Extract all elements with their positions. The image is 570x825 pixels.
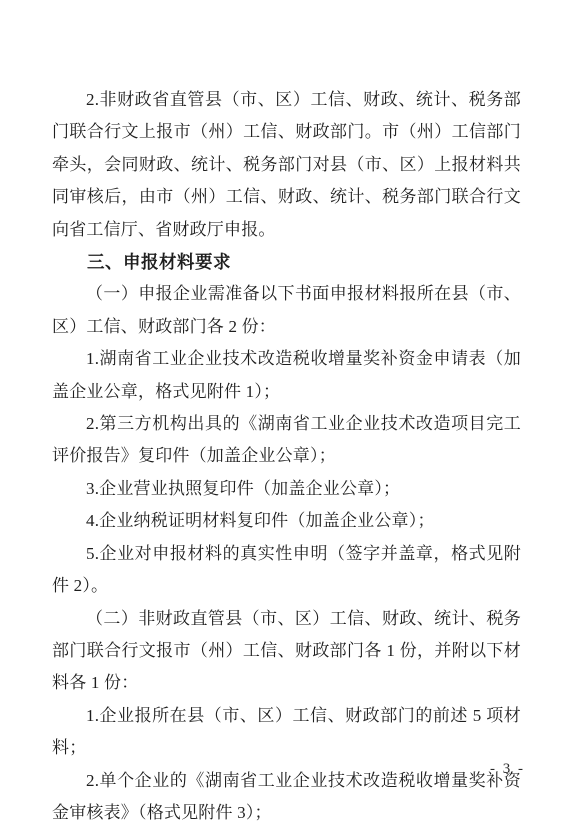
list-item: 2.第三方机构出具的《湖南省工业企业技术改造项目完工评价报告》复印件（加盖企业公… bbox=[52, 408, 521, 473]
paragraph: 2.非财政省直管县（市、区）工信、财政、统计、税务部门联合行文上报市（州）工信、… bbox=[52, 84, 521, 246]
paragraph: （一）申报企业需准备以下书面申报材料报所在县（市、区）工信、财政部门各 2 份： bbox=[52, 278, 521, 343]
paragraph: （二）非财政直管县（市、区）工信、财政、统计、税务部门联合行文报市（州）工信、财… bbox=[52, 603, 521, 700]
section-heading: 三、申报材料要求 bbox=[52, 246, 521, 278]
list-item: 2.单个企业的《湖南省工业企业技术改造税收增量奖补资金审核表》（格式见附件 3）… bbox=[52, 765, 521, 825]
document-page: 2.非财政省直管县（市、区）工信、财政、统计、税务部门联合行文上报市（州）工信、… bbox=[0, 0, 570, 825]
list-item: 3.企业营业执照复印件（加盖企业公章）； bbox=[52, 473, 521, 505]
list-item: 1.湖南省工业企业技术改造税收增量奖补资金申请表（加盖企业公章，格式见附件 1）… bbox=[52, 343, 521, 408]
list-item: 4.企业纳税证明材料复印件（加盖企业公章）； bbox=[52, 505, 521, 537]
list-item: 5.企业对申报材料的真实性申明（签字并盖章，格式见附件 2）。 bbox=[52, 538, 521, 603]
document-body: 2.非财政省直管县（市、区）工信、财政、统计、税务部门联合行文上报市（州）工信、… bbox=[52, 84, 521, 825]
page-number: - 3 - bbox=[490, 761, 525, 778]
list-item: 1.企业报所在县（市、区）工信、财政部门的前述 5 项材料； bbox=[52, 700, 521, 765]
